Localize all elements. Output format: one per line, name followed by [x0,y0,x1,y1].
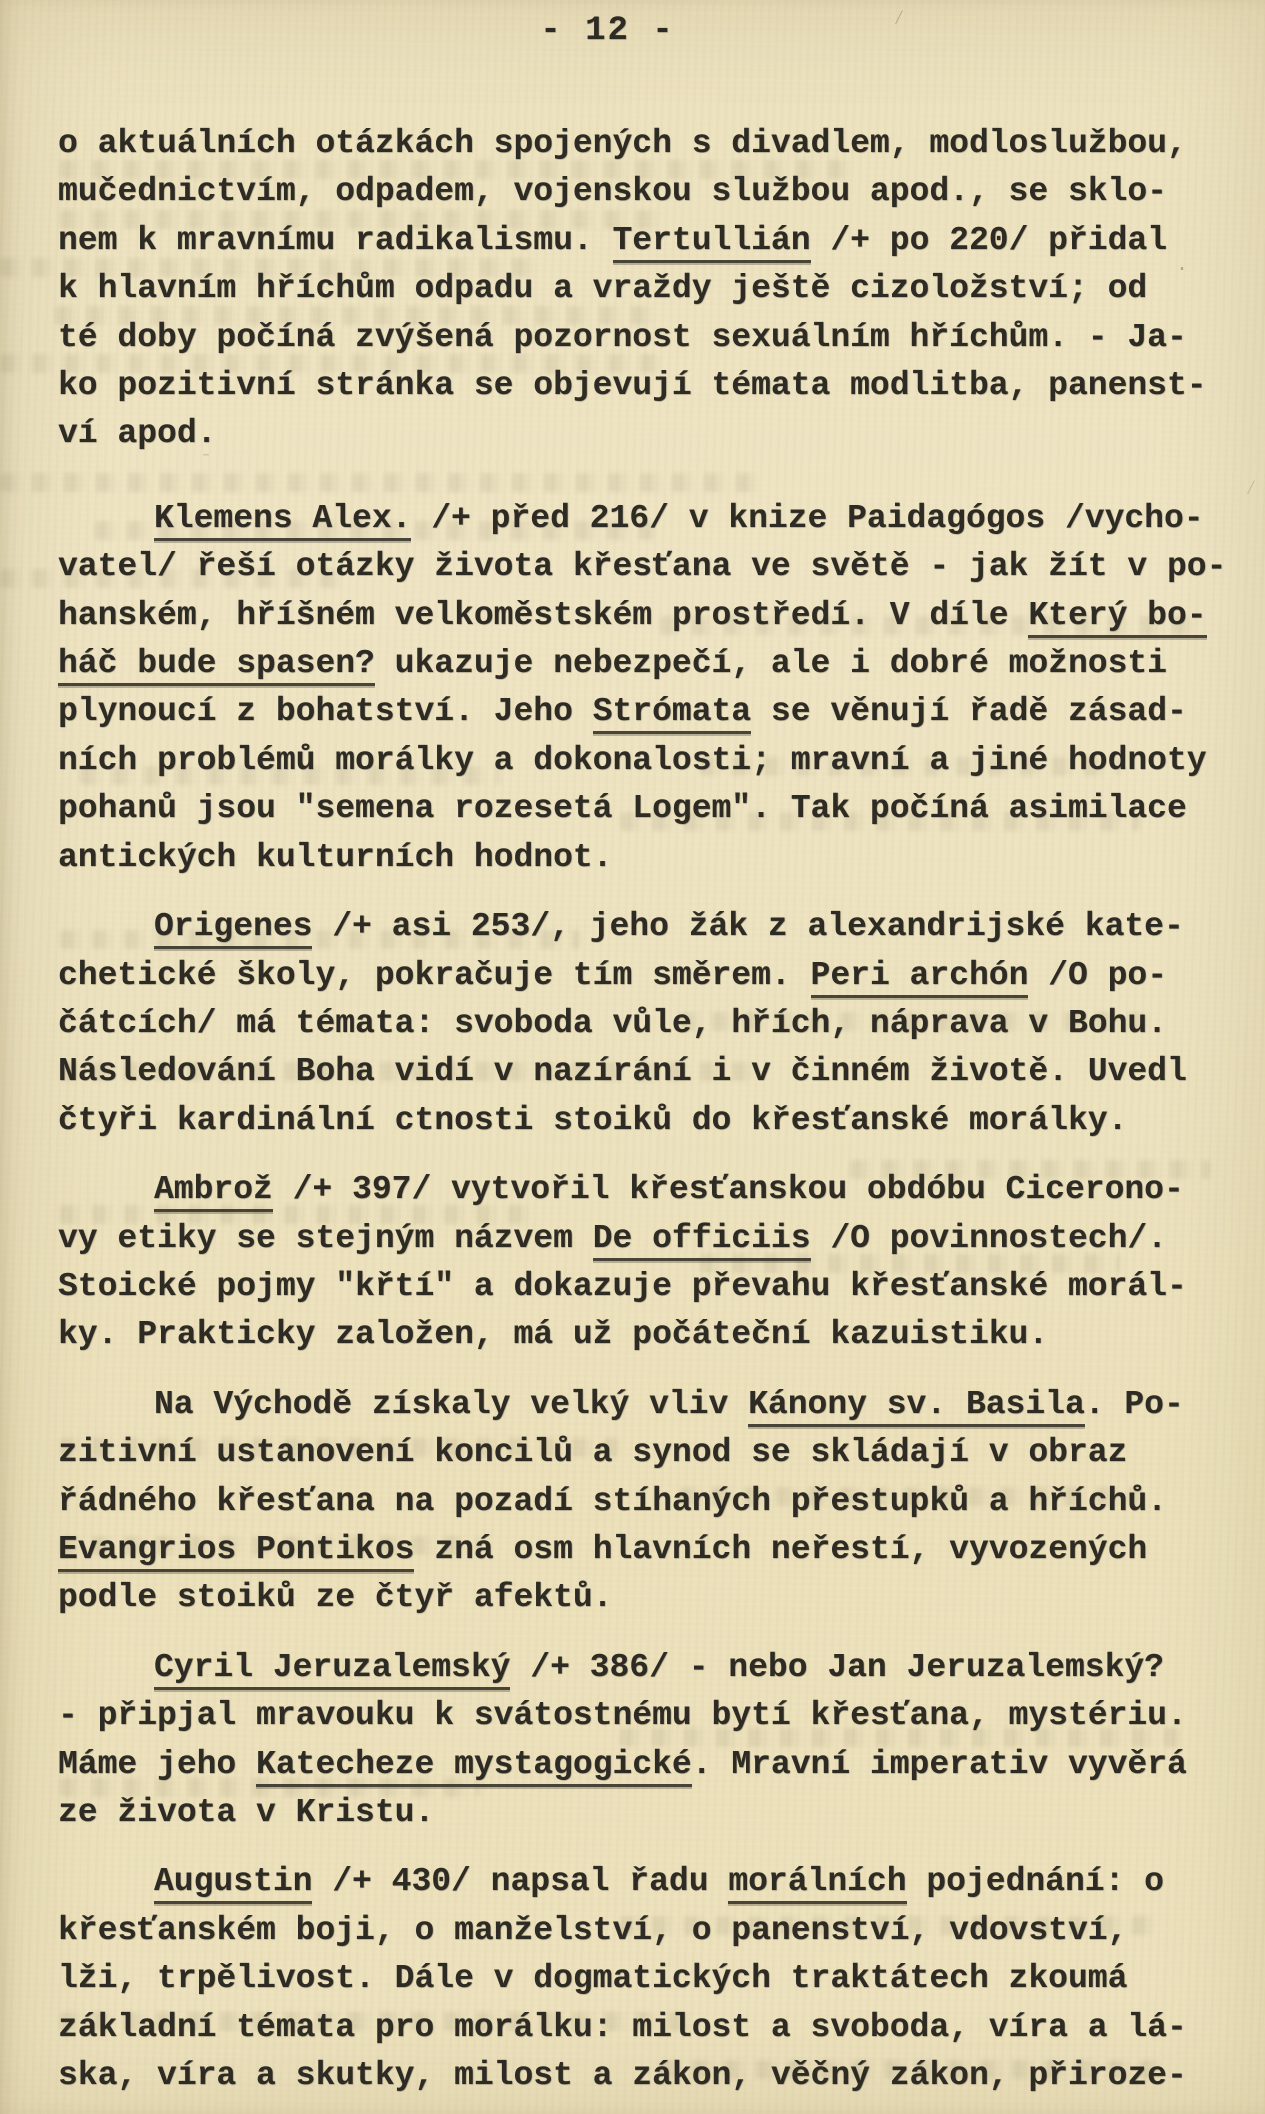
underlined-text: Klemens Alex. [154,500,411,541]
paragraph: o aktuálních otázkách spojených s divadl… [58,120,1265,459]
text-line: nem k mravnímu radikalismu. Tertullián /… [58,217,1265,265]
text-line: Augustin /+ 430/ napsal řadu morálních p… [58,1858,1265,1906]
text-line: ví apod. [58,410,1265,458]
paragraph: Cyril Jeruzalemský /+ 386/ - nebo Jan Je… [58,1644,1265,1838]
underlined-text: Kánony sv. Basila [748,1386,1085,1427]
ink-speck: - [200,446,212,466]
paragraph: Klemens Alex. /+ před 216/ v knize Paida… [58,495,1265,882]
text-line: plynoucí z bohatství. Jeho Strómata se v… [58,688,1265,736]
text-line: Máme jeho Katecheze mystagogické. Mravní… [58,1741,1265,1789]
text-line: té doby počíná zvýšená pozornost sexuáln… [58,314,1265,362]
text-line: Cyril Jeruzalemský /+ 386/ - nebo Jan Je… [58,1644,1265,1692]
text-line: Evangrios Pontikos zná osm hlavních neře… [58,1526,1265,1574]
text-line: pohanů jsou "semena rozesetá Logem". Tak… [58,785,1265,833]
text-line: k hlavním hříchům odpadu a vraždy ještě … [58,265,1265,313]
underlined-text: Který bo- [1028,597,1206,638]
underlined-text: háč bude spasen? [58,645,375,686]
text-line: mučednictvím, odpadem, vojenskou službou… [58,168,1265,216]
text-block: o aktuálních otázkách spojených s divadl… [0,120,1265,2100]
text-line: základní témata pro morálku: milost a sv… [58,2004,1265,2052]
underlined-text: Evangrios Pontikos [58,1531,414,1572]
underlined-text: Augustin [154,1863,312,1904]
ink-speck: ⁄ [893,10,905,30]
underlined-text: Cyril Jeruzalemský [154,1649,510,1690]
text-line: lži, trpělivost. Dále v dogmatických tra… [58,1955,1265,2003]
text-line: čátcích/ má témata: svoboda vůle, hřích,… [58,1000,1265,1048]
text-line: Origenes /+ asi 253/, jeho žák z alexand… [58,903,1265,951]
text-line: ze života v Kristu. [58,1789,1265,1837]
text-line: chetické školy, pokračuje tím směrem. Pe… [58,952,1265,1000]
paragraph: Origenes /+ asi 253/, jeho žák z alexand… [58,903,1265,1145]
underlined-text: morálních [728,1863,906,1904]
text-line: ska, víra a skutky, milost a zákon, věčn… [58,2052,1265,2100]
text-line: zitivní ustanovení koncilů a synod se sk… [58,1429,1265,1477]
text-line: - připjal mravouku k svátostnému bytí kř… [58,1692,1265,1740]
text-line: řádného křesťana na pozadí stíhaných pře… [58,1478,1265,1526]
underlined-text: De officiis [593,1220,811,1261]
text-line: Ambrož /+ 397/ vytvořil křesťanskou obdó… [58,1166,1265,1214]
text-line: podle stoiků ze čtyř afektů. [58,1574,1265,1622]
underlined-text: Peri archón [811,957,1029,998]
text-line: křesťanském boji, o manželství, o panens… [58,1907,1265,1955]
text-line: ko pozitivní stránka se objevují témata … [58,362,1265,410]
text-line: Stoické pojmy "křtí" a dokazuje převahu … [58,1263,1265,1311]
underlined-text: Katecheze mystagogické [256,1746,692,1787]
underlined-text: Ambrož [154,1171,273,1212]
paragraph: Ambrož /+ 397/ vytvořil křesťanskou obdó… [58,1166,1265,1360]
underlined-text: Strómata [593,693,751,734]
text-line: Klemens Alex. /+ před 216/ v knize Paida… [58,495,1265,543]
text-line: vatel/ řeší otázky života křesťana ve sv… [58,543,1265,591]
paragraph: Augustin /+ 430/ napsal řadu morálních p… [58,1858,1265,2100]
ink-speck: ⁄ [1245,480,1257,500]
text-line: ky. Prakticky založen, má už počáteční k… [58,1311,1265,1359]
paragraph: Na Východě získaly velký vliv Kánony sv.… [58,1381,1265,1623]
text-line: ních problémů morálky a dokonalosti; mra… [58,737,1265,785]
text-line: hanském, hříšném velkoměstském prostředí… [58,592,1265,640]
text-line: čtyři kardinální ctnosti stoiků do křesť… [58,1097,1265,1145]
page-number: - 12 - [0,0,1240,50]
underlined-text: Origenes [154,908,312,949]
underlined-text: Tertullián [613,222,811,263]
text-line: antických kulturních hodnot. [58,834,1265,882]
text-line: háč bude spasen? ukazuje nebezpečí, ale … [58,640,1265,688]
text-line: vy etiky se stejným názvem De officiis /… [58,1215,1265,1263]
ink-speck: . [1176,256,1188,276]
text-line: o aktuálních otázkách spojených s divadl… [58,120,1265,168]
text-line: Následování Boha vidí v nazírání i v čin… [58,1048,1265,1096]
text-line: Na Východě získaly velký vliv Kánony sv.… [58,1381,1265,1429]
scanned-page: - 12 - o aktuálních otázkách spojených s… [0,0,1265,2114]
